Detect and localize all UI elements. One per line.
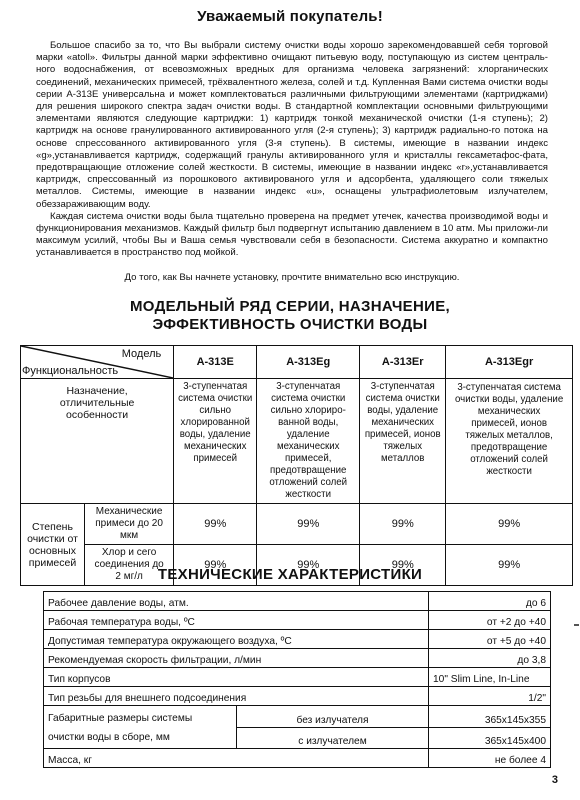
spec-value: 1/2"	[429, 687, 551, 706]
spec-value: от +2 до +40	[429, 611, 551, 630]
models-header-row: Модель Функциональность A-313E A-313Eg A…	[21, 346, 573, 379]
spec-value: не более 4	[429, 749, 551, 768]
intro-paragraph-1: Большое спасибо за то, что Вы выбрали си…	[36, 40, 548, 211]
spec-label: Тип корпусов	[44, 668, 429, 687]
purpose-cell: 3-ступенчатая система очистки сильно хло…	[174, 379, 257, 504]
spec-row: Рекомендуемая скорость фильтрации, л/мин…	[44, 649, 551, 668]
spec-value: от +5 до +40	[429, 630, 551, 649]
purpose-cell: 3-ступенчатая система очистки воды, удал…	[446, 379, 573, 504]
spec-value: до 3,8	[429, 649, 551, 668]
diagonal-header-cell: Модель Функциональность	[21, 346, 174, 379]
intro-instruction-note: До того, как Вы начнете установку, прочт…	[36, 272, 548, 284]
spec-row: Допустимая температура окружающего возду…	[44, 630, 551, 649]
impurity-name: Механические примеси до 20 мкм	[85, 504, 174, 545]
efficiency-value: 99%	[174, 504, 257, 545]
page-title: Уважаемый покупатель!	[0, 8, 580, 25]
model-header: A-313Eg	[257, 346, 360, 379]
dimensions-label: Габаритные размеры системы очистки воды …	[44, 706, 237, 749]
spec-label: Рекомендуемая скорость фильтрации, л/мин	[44, 649, 429, 668]
efficiency-value: 99%	[446, 504, 573, 545]
page-number: 3	[552, 774, 558, 786]
header-function-label: Функциональность	[22, 365, 118, 377]
spec-row: Масса, кг не более 4	[44, 749, 551, 768]
purpose-cell: 3-ступенчатая система очистки сильно хло…	[257, 379, 360, 504]
spec-label: Рабочая температура воды, ºC	[44, 611, 429, 630]
efficiency-value: 99%	[257, 504, 360, 545]
purpose-row: Назначение, отличительные особенности 3-…	[21, 379, 573, 504]
purpose-label: Назначение, отличительные особенности	[21, 379, 174, 504]
intro-paragraph-2: Каждая система очистки воды была тщатель…	[36, 211, 548, 260]
intro-text: Большое спасибо за то, что Вы выбрали си…	[36, 40, 548, 284]
spec-row: Тип корпусов 10" Slim Line, In-Line	[44, 668, 551, 687]
model-header: A-313E	[174, 346, 257, 379]
spec-label: Тип резьбы для внешнего подсоединения	[44, 687, 429, 706]
impurity-row: Степень очистки от основных примесей Мех…	[21, 504, 573, 545]
margin-mark	[574, 624, 579, 626]
model-header: A-313Egr	[446, 346, 573, 379]
dimensions-without-emitter-value: 365x145x355	[429, 706, 551, 728]
spec-row-dimensions: Габаритные размеры системы очистки воды …	[44, 706, 551, 728]
model-header: A-313Er	[360, 346, 446, 379]
dimensions-without-emitter-label: без излучателя	[237, 706, 429, 728]
spec-row: Рабочее давление воды, атм. до 6	[44, 592, 551, 611]
spec-row: Рабочая температура воды, ºC от +2 до +4…	[44, 611, 551, 630]
spec-label: Рабочее давление воды, атм.	[44, 592, 429, 611]
spec-label: Масса, кг	[44, 749, 429, 768]
tech-specs-table: Рабочее давление воды, атм. до 6 Рабочая…	[43, 591, 551, 768]
header-model-label: Модель	[122, 348, 161, 360]
models-table: Модель Функциональность A-313E A-313Eg A…	[20, 345, 573, 586]
spec-row: Тип резьбы для внешнего подсоединения 1/…	[44, 687, 551, 706]
dimensions-with-emitter-value: 365x145x400	[429, 727, 551, 749]
dimensions-with-emitter-label: с излучателем	[237, 727, 429, 749]
spec-value: 10" Slim Line, In-Line	[429, 668, 551, 687]
spec-label: Допустимая температура окружающего возду…	[44, 630, 429, 649]
models-section-title: МОДЕЛЬНЫЙ РЯД СЕРИИ, НАЗНАЧЕНИЕ, ЭФФЕКТИ…	[0, 298, 580, 334]
purpose-cell: 3-ступенчатая система очистки воды, удал…	[360, 379, 446, 504]
spec-value: до 6	[429, 592, 551, 611]
efficiency-value: 99%	[360, 504, 446, 545]
tech-section-title: ТЕХНИЧЕСКИЕ ХАРАКТЕРИСТИКИ	[0, 566, 580, 584]
